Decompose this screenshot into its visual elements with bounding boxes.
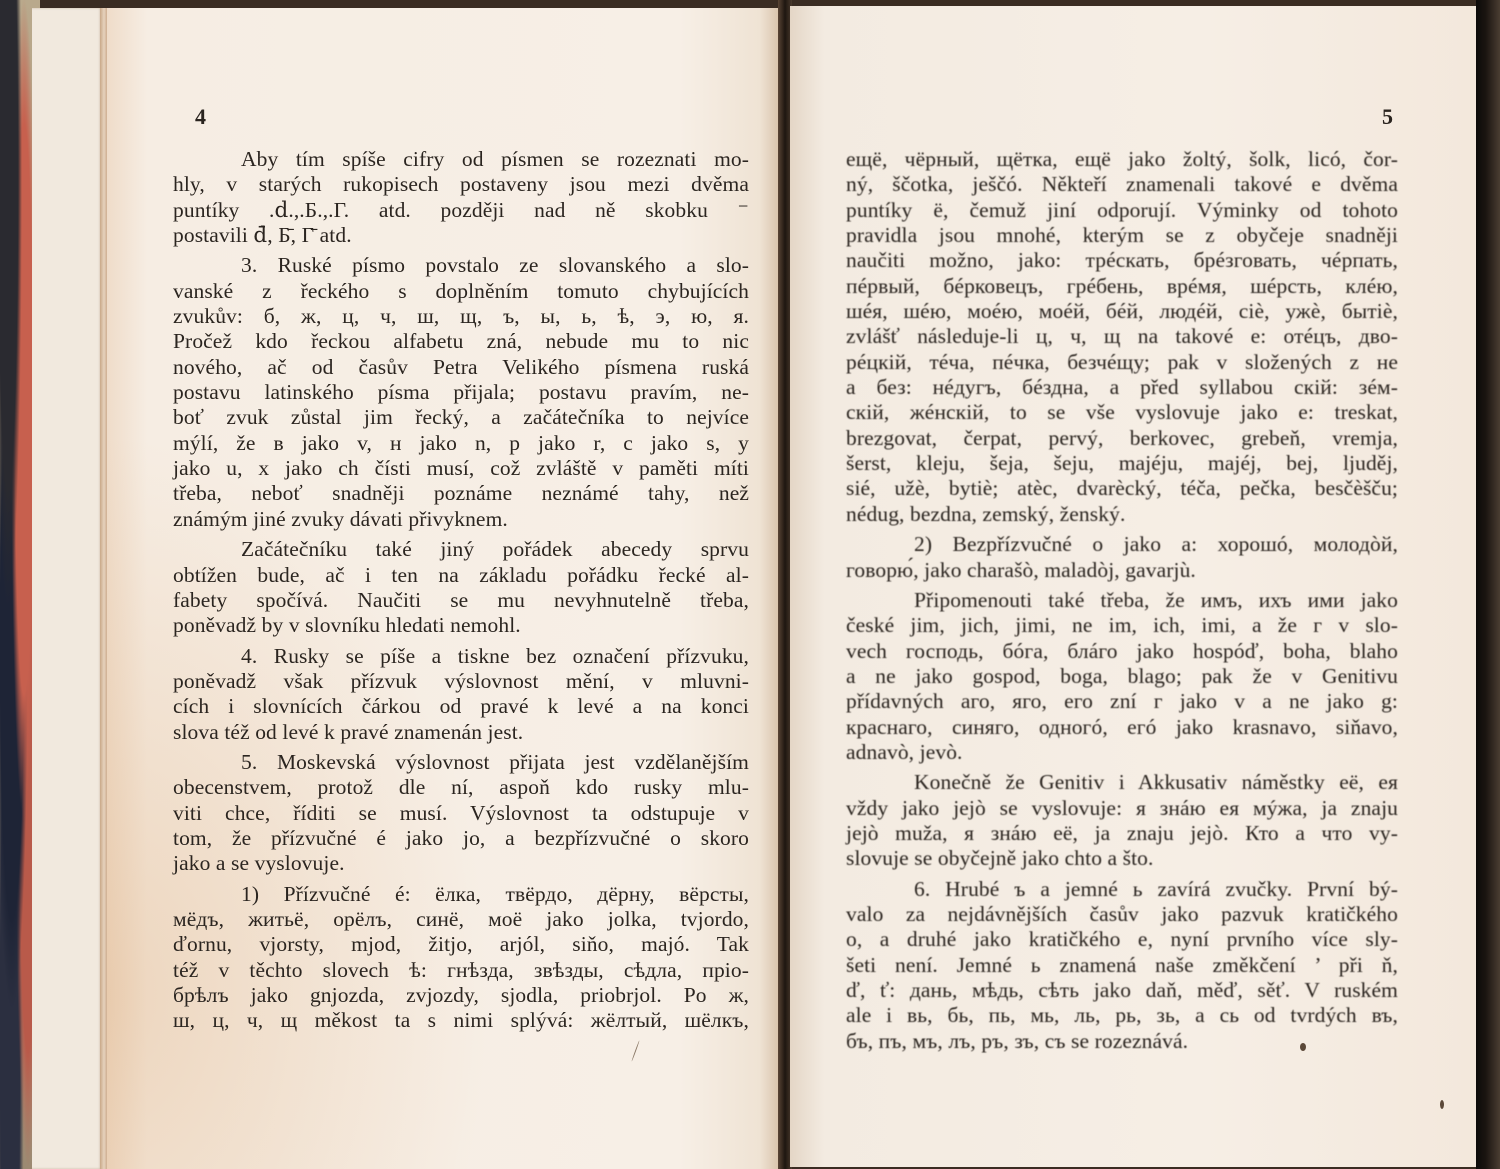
text-line: брѣлъ jako gnjozda, zvjozdy, sjodla, pri… <box>173 983 749 1008</box>
text-line: ещё, чёрный, щётка, ещё jako žoltý, šolk… <box>846 147 1398 172</box>
text-line: a без: нéдугъ, бéздна, a před syllabou с… <box>846 375 1398 400</box>
text-line: přídavných аго, яго, его zní г jako v a … <box>846 689 1398 714</box>
text-line: jejò muža, я знáю её, ja znaju jejò. Кто… <box>846 821 1398 846</box>
text-line: naučiti možno, jako: трéскать, брéзговат… <box>846 248 1398 273</box>
text-line: шéя, шéю, моéю, моéй, бéй, людéй, сiè, у… <box>846 299 1398 324</box>
text-line: pravidla jsou mnohé, kterým se z obyčeje… <box>846 223 1398 248</box>
text-line: mýlí, že в jako v, н jako n, р jako r, с… <box>173 431 749 456</box>
text-line: jako u, х jako ch čísti musí, což zvlášt… <box>173 456 749 481</box>
right-page-text: ещё, чёрный, щётка, ещё jako žoltý, šolk… <box>846 147 1398 1054</box>
text-line: Pročež kdo řeckou alfabetu zná, nebude m… <box>173 329 749 354</box>
text-line: nédug, bezdna, zemský, ženský. <box>846 502 1398 527</box>
text-line: šerst, kleju, šeja, šeju, majéju, majéj,… <box>846 451 1398 476</box>
text-line: cích i slovnících čárkou od pravé k levé… <box>173 694 749 719</box>
text-line: postavili ⅾ̄, Б̄, Г̄ atd. <box>173 223 749 248</box>
text-line: postavu latinského písma přijala; postav… <box>173 380 749 405</box>
paper-speck <box>1300 1043 1306 1051</box>
text-line: говорю́, jako charašò, maladòj, gavarjù. <box>846 558 1398 583</box>
text-line: třeba, neboť snadněji poznáme neznámé ta… <box>173 481 749 506</box>
page-number-left: 4 <box>195 104 206 130</box>
text-line: české jim, jich, jimi, ne im, ich, imi, … <box>846 613 1398 638</box>
text-line: jako a se vyslovuje. <box>173 851 749 876</box>
text-line: 1) Přízvučné é: ёлка, твёрдо, дёрну, вёр… <box>173 882 749 907</box>
text-line: brezgovat, čerpat, pervý, berkovec, greb… <box>846 426 1398 451</box>
text-line: šeti není. Jemné ь znamená naše změkčení… <box>846 953 1398 978</box>
left-page-text: Aby tím spíše cifry od písmen se rozezna… <box>173 147 749 1034</box>
text-line: obecenstvem, protož dle ní, aspoň kdo ru… <box>173 775 749 800</box>
text-line: obtížen bude, ač i ten na základu pořádk… <box>173 563 749 588</box>
text-line: 5. Moskevská výslovnost přijata jest vzd… <box>173 750 749 775</box>
text-line: slovuje se obyčejně jako chto a što. <box>846 846 1398 871</box>
text-line: vždy jako jejò se vyslovuje: я знáю ея м… <box>846 796 1398 821</box>
text-line: valo za nejdávnějších časův jako pazvuk … <box>846 902 1398 927</box>
text-line: známým jiné zvuky dávati přivyknem. <box>173 507 749 532</box>
text-line: бъ, пъ, мъ, лъ, ръ, зъ, съ se rozeznává. <box>846 1029 1398 1054</box>
text-line: puntíky .ⅾ.,.Б.,.Г. atd. později nad ně … <box>173 198 749 223</box>
text-line: Aby tím spíše cifry od písmen se rozezna… <box>173 147 749 172</box>
text-line: Konečně že Genitiv i Akkusativ náměstky … <box>846 770 1398 795</box>
paper-speck <box>1440 1100 1444 1109</box>
text-line: o, a druhé jako kratičkého e, nyní první… <box>846 927 1398 952</box>
text-line: puntíky ë, čemuž jiní odporují. Výminky … <box>846 198 1398 223</box>
text-line: ale i вь, бь, пь, мь, ль, рь, зь, a сь o… <box>846 1003 1398 1028</box>
text-line: ný, ščotka, ješčó. Někteří znamenali tak… <box>846 172 1398 197</box>
text-line: zvukův: б, ж, ц, ч, ш, щ, ъ, ы, ь, ѣ, э,… <box>173 304 749 329</box>
text-line: vanské z řeckého s doplněním tomuto chyb… <box>173 279 749 304</box>
text-line: 2) Bezpřízvučné o jako a: хорошó, молодò… <box>846 532 1398 557</box>
text-line: fabety spočívá. Naučiti se mu nevyhnutel… <box>173 588 749 613</box>
text-line: nového, ač od časův Petra Velikého písme… <box>173 355 749 380</box>
book-cover-edge <box>1476 0 1500 1169</box>
flyleaf-strip <box>32 8 102 1169</box>
text-line: slova též od levé k pravé znamenán jest. <box>173 720 749 745</box>
text-line: a ne jako gospod, boga, blago; pak že v … <box>846 664 1398 689</box>
page-number-right: 5 <box>1382 104 1393 130</box>
text-line: tom, že přízvučné é jako jo, a bezpřízvu… <box>173 826 749 851</box>
text-line: рéцкiй, тéча, пéчка, безчéщу; pak v slož… <box>846 350 1398 375</box>
text-line: viti chce, říditi se musí. Výslovnost ta… <box>173 801 749 826</box>
text-line: 4. Rusky se píše a tiskne bez označení p… <box>173 644 749 669</box>
text-line: Začátečníku také jiný pořádek abecedy sp… <box>173 537 749 562</box>
text-line: 3. Ruské písmo povstalo ze slovanského a… <box>173 253 749 278</box>
text-line: zvlášť následuje-li ц, ч, щ na takové e:… <box>846 324 1398 349</box>
text-line: скiй, жéнскiй, to se vše vyslovuje jako … <box>846 400 1398 425</box>
text-line: též v těchto slovech ѣ: гнѣзда, звѣзды, … <box>173 958 749 983</box>
text-line: ш, ц, ч, щ měkost ta s nimi splývá: жёлт… <box>173 1008 749 1033</box>
text-line: пéрвый, бéрковецъ, грéбень, врéмя, шéрст… <box>846 274 1398 299</box>
text-line: Připomenouti také třeba, že имъ, ихъ ими… <box>846 588 1398 613</box>
text-line: 6. Hrubé ъ a jemné ь zavírá zvučky. Prvn… <box>846 877 1398 902</box>
text-line: boť zvuk zůstal jim řecký, a začátečníka… <box>173 405 749 430</box>
text-line: poněvadž by v slovníku hledati nemohl. <box>173 613 749 638</box>
text-line: ď, ť: дань, мѣдь, сѣть jako daň, měď, sě… <box>846 978 1398 1003</box>
text-line: vech господь, бóга, блáго jako hospóď, b… <box>846 639 1398 664</box>
text-line: hly, v starých rukopisech postaveny jsou… <box>173 172 749 197</box>
text-line: poněvadž však přízvuk výslovnost mění, v… <box>173 669 749 694</box>
text-line: краснаго, синяго, одногó, егó jako krasn… <box>846 715 1398 740</box>
text-line: adnavò, jevò. <box>846 740 1398 765</box>
text-line: ďornu, vjorsty, mjod, žitjo, arjól, siňo… <box>173 932 749 957</box>
text-line: sié, užè, bytiè; atèc, dvarècký, téča, p… <box>846 476 1398 501</box>
text-line: мёдъ, житьё, орёлъ, синё, моё jako jolka… <box>173 907 749 932</box>
